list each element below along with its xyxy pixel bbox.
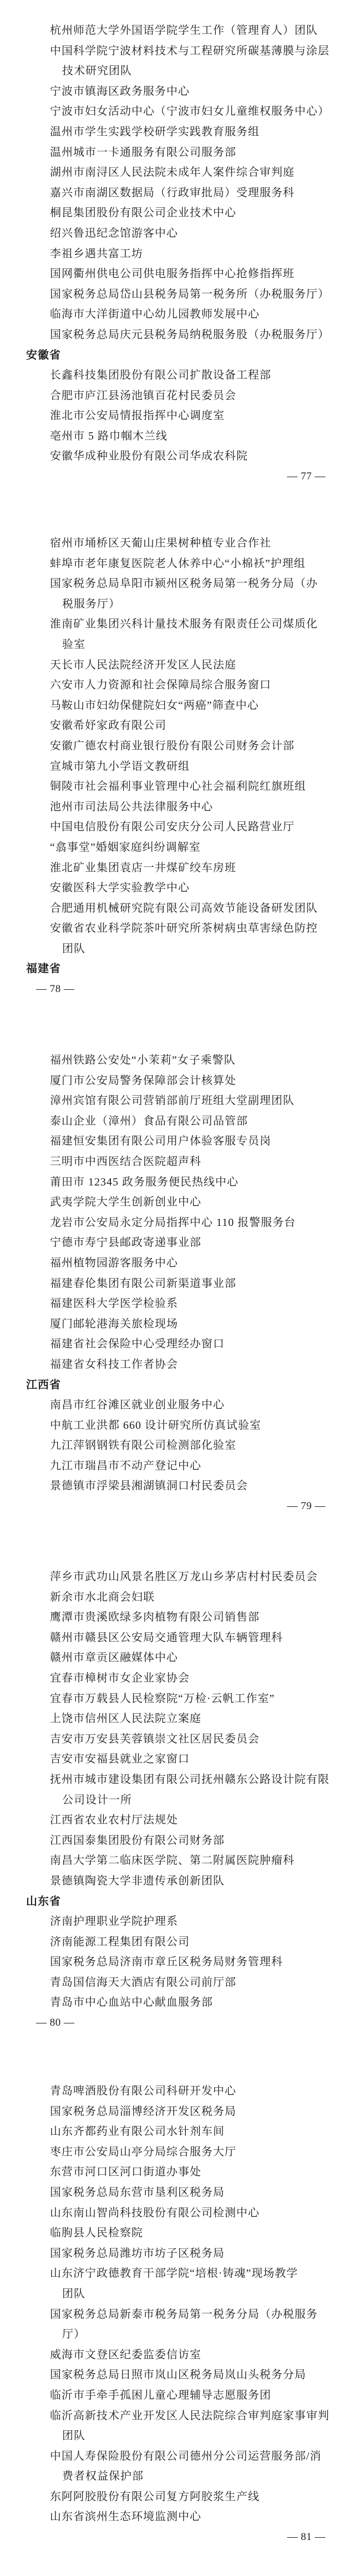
list-item: 宁波市妇女活动中心（宁波市妇女儿童维权服务中心） <box>0 101 355 122</box>
page-number: — 78 — <box>0 979 355 1000</box>
list-item: 福州铁路公安处“小茉莉”女子乘警队 <box>0 1050 355 1071</box>
list-item: “翕事堂”婚姻家庭纠纷调解室 <box>0 837 355 858</box>
list-item: 枣庄市公安局山亭分局综合服务大厅 <box>0 2142 355 2163</box>
list-item: 江西省农业农村厅法规处 <box>0 1810 355 1831</box>
list-item-continuation: 团队 <box>0 2426 355 2446</box>
list-item-continuation: 费者权益保护部 <box>0 2466 355 2487</box>
list-item-continuation: 税服务厅） <box>0 594 355 615</box>
list-item: 杭州师范大学外国语学院学生工作（管理育人）团队 <box>0 21 355 41</box>
list-item: 宣城市第九小学语文教研组 <box>0 757 355 777</box>
list-item: 李祖乡遇共富工坊 <box>0 244 355 264</box>
list-item: 萍乡市武功山风景名胜区万龙山乡茅店村村民委员会 <box>0 1567 355 1587</box>
list-item: 福建医科大学医学检验系 <box>0 1294 355 1314</box>
list-item: 温州城市一卡通服务有限公司服务部 <box>0 142 355 163</box>
list-item: 莆田市 12345 政务服务便民热线中心 <box>0 1172 355 1193</box>
list-item: 东阿阿胶股份有限公司复方阿胶浆生产线 <box>0 2487 355 2507</box>
list-item-continuation: 厅） <box>0 2324 355 2345</box>
list-item: 九江萍钢钢铁有限公司检测部化验室 <box>0 1435 355 1456</box>
list-item: 淮北市公安局情报指挥中心调度室 <box>0 406 355 426</box>
scanned-document-page: { "document": { "background": "#ffffff",… <box>0 0 355 2576</box>
list-item: 临朐县人民检察院 <box>0 2223 355 2243</box>
list-item: 宜春市万载县人民检察院“万检·云帆工作室” <box>0 1689 355 1709</box>
list-item: 福建春伦集团有限公司新渠道事业部 <box>0 1274 355 1294</box>
page-number: — 77 — <box>0 467 355 487</box>
list-item: 国家税务总局济南市章丘区税务局财务管理科 <box>0 1952 355 1972</box>
list-item: 福建省女科技工作者协会 <box>0 1355 355 1375</box>
page-77: 杭州师范大学外国语学院学生工作（管理育人）团队中国科学院宁波材料技术与工程研究所… <box>0 21 355 487</box>
list-item: 国家税务总局淄博经济开发区税务局 <box>0 2102 355 2122</box>
list-item: 福建恒安集团有限公司用户体验客服专员岗 <box>0 1131 355 1152</box>
list-item: 济南护理职业学院护理系 <box>0 1911 355 1932</box>
list-item-continuation: 验室 <box>0 635 355 655</box>
list-item: 绍兴鲁迅纪念馆游客中心 <box>0 223 355 244</box>
list-item: 青岛市中心血站中心献血服务部 <box>0 1992 355 2013</box>
list-item: 安徽省农业科学院茶叶研究所茶树病虫草害绿色防控 <box>0 918 355 939</box>
list-item: 临海市大洋街道中心幼儿园教师发展中心 <box>0 304 355 325</box>
list-item: 泰山企业（漳州）食品有限公司品管部 <box>0 1111 355 1132</box>
list-item: 景德镇陶瓷大学非遗传承创新团队 <box>0 1871 355 1892</box>
list-item: 漳州宾馆有限公司营销部前厅班组大堂副理团队 <box>0 1091 355 1111</box>
list-item: 抚州市城市建设集团有限公司抚州赣东公路设计院有限 <box>0 1770 355 1790</box>
list-item: 安徽希妤家政有限公司 <box>0 715 355 736</box>
list-item: 合肥通用机械研究院有限公司高效节能设备研发团队 <box>0 898 355 919</box>
province-header: 江西省 <box>0 1375 355 1396</box>
province-header: 安徽省 <box>0 345 355 366</box>
list-item: 吉安市安福县就业之家窗口 <box>0 1749 355 1770</box>
list-item: 南昌大学第二临床医学院、第二附属医院肿瘤科 <box>0 1851 355 1871</box>
list-item: 福建省社会保险中心受理经办窗口 <box>0 1334 355 1355</box>
list-item: 厦门市公安局警务保障部会计核算处 <box>0 1071 355 1091</box>
page-number: — 79 — <box>0 1496 355 1517</box>
list-item: 九江市瑞昌市不动产登记中心 <box>0 1456 355 1476</box>
page-number: — 80 — <box>0 2013 355 2033</box>
list-item: 武夷学院大学生创新创业中心 <box>0 1192 355 1213</box>
list-item: 青岛国信海天大酒店有限公司前厅部 <box>0 1972 355 1993</box>
list-item: 合肥市庐江县汤池镇百花村民委员会 <box>0 386 355 406</box>
list-item: 国家税务总局东营市垦利区税务局 <box>0 2183 355 2203</box>
list-item: 赣州市章贡区融媒体中心 <box>0 1648 355 1668</box>
list-item: 中航工业洪都 660 设计研究所仿真试验室 <box>0 1415 355 1436</box>
list-item: 桐昆集团股份有限公司企业技术中心 <box>0 203 355 223</box>
list-item: 淮北矿业集团袁店一井煤矿绞车房班 <box>0 858 355 878</box>
list-item: 国家税务总局阜阳市颍州区税务局第一税务分局（办 <box>0 574 355 594</box>
list-item: 中国科学院宁波材料技术与工程研究所碳基薄膜与涂层 <box>0 41 355 62</box>
list-item: 鹰潭市贵溪欧绿多肉植物有限公司销售部 <box>0 1607 355 1628</box>
list-item: 嘉兴市南湖区数据局（行政审批局）受理服务科 <box>0 183 355 203</box>
list-item: 吉安市万安县芙蓉镇崇文社区居民委员会 <box>0 1729 355 1750</box>
page-80: 萍乡市武功山风景名胜区万龙山乡茅店村村民委员会新余市水北商会妇联鹰潭市贵溪欧绿多… <box>0 1567 355 2033</box>
list-item: 宁德市寿宁县邮政寄递事业部 <box>0 1233 355 1253</box>
list-item: 东营市河口区河口街道办事处 <box>0 2162 355 2183</box>
list-item: 福州植物园游客服务中心 <box>0 1253 355 1274</box>
page-79: 福州铁路公安处“小茉莉”女子乘警队厦门市公安局警务保障部会计核算处漳州宾馆有限公… <box>0 1050 355 1517</box>
list-item: 池州市司法局公共法律服务中心 <box>0 797 355 817</box>
list-item-continuation: 公司设计一所 <box>0 1790 355 1811</box>
list-item: 龙岩市公安局永定分局指挥中心 110 报警服务台 <box>0 1213 355 1233</box>
list-item: 六安市人力资源和社会保障局综合服务窗口 <box>0 675 355 696</box>
province-header: 山东省 <box>0 1892 355 1912</box>
list-item-continuation: 团队 <box>0 939 355 959</box>
list-item: 山东齐都药业有限公司水针剂车间 <box>0 2122 355 2142</box>
list-item: 新余市水北商会妇联 <box>0 1587 355 1608</box>
list-item: 国家税务总局潍坊市坊子区税务局 <box>0 2243 355 2264</box>
list-item: 湖州市南浔区人民法院未成年人案件综合审判庭 <box>0 162 355 183</box>
list-item: 马鞍山市妇幼保健院妇女“两癌”筛查中心 <box>0 696 355 716</box>
list-item: 蚌埠市老年康复医院老人休养中心“小棉袄”护理组 <box>0 554 355 574</box>
list-item: 温州市学生实践学校研学实践教育服务组 <box>0 122 355 142</box>
list-item: 青岛啤酒股份有限公司科研开发中心 <box>0 2081 355 2102</box>
list-item: 山东济宁政德教育干部学院“培根·铸魂”现场教学 <box>0 2263 355 2284</box>
list-item: 南昌市红谷滩区就业创业服务中心 <box>0 1395 355 1415</box>
list-item: 江西国泰集团股份有限公司财务部 <box>0 1831 355 1851</box>
list-item: 国家税务总局庆元县税务局纳税服务股（办税服务厅） <box>0 325 355 345</box>
list-item: 淮南矿业集团兴科计量技术服务有限责任公司煤质化 <box>0 614 355 635</box>
list-item: 亳州市 5 路巾帼木兰线 <box>0 426 355 447</box>
page-78: 宿州市埇桥区天葡山庄果树种植专业合作社蚌埠市老年康复医院老人休养中心“小棉袄”护… <box>0 533 355 1000</box>
list-item: 三明市中西医结合医院超声科 <box>0 1152 355 1172</box>
list-item: 临沂市手牵手孤困儿童心理辅导志愿服务团 <box>0 2385 355 2406</box>
list-item: 宁波市镇海区政务服务中心 <box>0 81 355 102</box>
list-item: 安徽华成种业股份有限公司华成农科院 <box>0 446 355 467</box>
province-header: 福建省 <box>0 959 355 979</box>
list-item: 厦门邮轮港海关旅检现场 <box>0 1314 355 1335</box>
list-item: 宿州市埇桥区天葡山庄果树种植专业合作社 <box>0 533 355 554</box>
list-item: 山东省滨州生态环境监测中心 <box>0 2507 355 2527</box>
list-item: 赣州市赣县区公安局交通管理大队车辆管理科 <box>0 1628 355 1648</box>
list-item-continuation: 技术研究团队 <box>0 61 355 81</box>
list-item-continuation: 团队 <box>0 2284 355 2304</box>
list-item: 国家税务总局日照市岚山区税务局岚山头税务分局 <box>0 2365 355 2385</box>
list-item: 中国电信股份有限公司安庆分公司人民路营业厅 <box>0 817 355 837</box>
list-item: 铜陵市社会福利事业管理中心社会福利院红旗班组 <box>0 776 355 797</box>
list-item: 威海市文登区纪委监委信访室 <box>0 2345 355 2365</box>
list-item: 国网衢州供电公司供电服务指挥中心抢修指挥班 <box>0 264 355 284</box>
page-81: 青岛啤酒股份有限公司科研开发中心国家税务总局淄博经济开发区税务局山东齐都药业有限… <box>0 2081 355 2548</box>
list-item: 上饶市信州区人民法院立案庭 <box>0 1709 355 1729</box>
page-number: — 81 — <box>0 2527 355 2548</box>
list-item: 安徽广德农村商业银行股份有限公司财务会计部 <box>0 736 355 757</box>
list-item: 山东南山智尚科技股份有限公司检测中心 <box>0 2203 355 2224</box>
list-item: 宜春市樟树市女企业家协会 <box>0 1668 355 1689</box>
list-item: 济南能源工程集团有限公司 <box>0 1932 355 1953</box>
list-item: 景德镇市浮梁县湘湖镇洞口村民委员会 <box>0 1476 355 1496</box>
list-item: 中国人寿保险股份有限公司德州分公司运营服务部/消 <box>0 2446 355 2467</box>
list-item: 长鑫科技集团股份有限公司扩散设备工程部 <box>0 365 355 386</box>
list-item: 国家税务总局新泰市税务局第一税务分局（办税服务 <box>0 2304 355 2325</box>
list-item: 安徽医科大学实验教学中心 <box>0 878 355 898</box>
list-item: 临沂高新技术产业开发区人民法院综合审判庭家事审判 <box>0 2406 355 2426</box>
list-item: 国家税务总局岱山县税务局第一税务所（办税服务厅） <box>0 284 355 305</box>
list-item: 天长市人民法院经济开发区人民法庭 <box>0 655 355 676</box>
